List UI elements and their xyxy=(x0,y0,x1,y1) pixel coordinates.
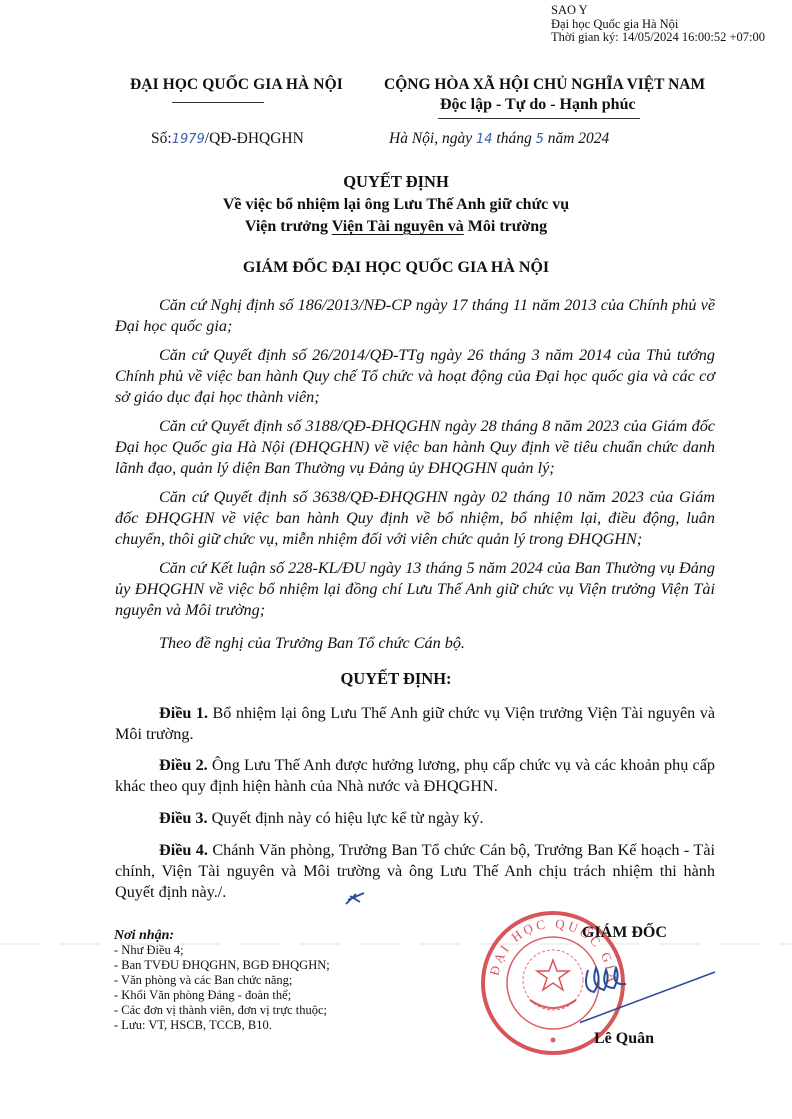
legal-ground: Căn cứ Quyết định số 3638/QĐ-ĐHQGHN ngày… xyxy=(115,487,715,550)
decision-heading: QUYẾT ĐỊNH: xyxy=(0,669,792,689)
handwritten-month: 5 xyxy=(536,132,544,147)
recipient-item: - Ban TVĐU ĐHQGHN, BGĐ ĐHQGHN; xyxy=(114,958,330,973)
recipient-item: - Khối Văn phòng Đảng - đoàn thể; xyxy=(114,988,330,1003)
legal-ground: Căn cứ Kết luận số 228-KL/ĐU ngày 13 thá… xyxy=(115,558,715,621)
issuing-agency: ĐẠI HỌC QUỐC GIA HÀ NỘI xyxy=(130,76,343,94)
document-type-heading: QUYẾT ĐỊNH xyxy=(0,172,792,192)
handwritten-number: 1979 xyxy=(172,132,205,147)
handwritten-day: 14 xyxy=(476,132,493,147)
legal-ground: Căn cứ Quyết định số 3188/QĐ-ĐHQGHN ngày… xyxy=(115,416,715,479)
national-title: CỘNG HÒA XÃ HỘI CHỦ NGHĨA VIỆT NAM xyxy=(384,76,784,94)
subject-line-1: Về việc bổ nhiệm lại ông Lưu Thế Anh giữ… xyxy=(0,196,792,214)
place-and-date: Hà Nội, ngày 14 tháng 5 năm 2024 xyxy=(389,130,609,148)
digital-copy-stamp: SAO Y Đại học Quốc gia Hà Nội Thời gian … xyxy=(551,4,765,45)
recipient-item: - Văn phòng và các Ban chức năng; xyxy=(114,973,330,988)
signer-title: GIÁM ĐỐC xyxy=(582,924,667,942)
copy-label: SAO Y xyxy=(551,4,765,18)
legal-ground: Căn cứ Nghị định số 186/2013/NĐ-CP ngày … xyxy=(115,295,715,337)
recipients-title: Nơi nhận: xyxy=(114,928,330,943)
recipient-item: - Lưu: VT, HSCB, TCCB, B10. xyxy=(114,1018,330,1033)
legal-ground: Căn cứ Quyết định số 26/2014/QĐ-TTg ngày… xyxy=(115,345,715,408)
article-1: Điều 1. Bổ nhiệm lại ông Lưu Thế Anh giữ… xyxy=(115,703,715,745)
article-2: Điều 2. Ông Lưu Thế Anh được hưởng lương… xyxy=(115,755,715,797)
recipients-list: Nơi nhận: - Như Điều 4; - Ban TVĐU ĐHQGH… xyxy=(114,928,330,1033)
subject-line-2: Viện trưởng Viện Tài nguyên và Môi trườn… xyxy=(0,218,792,236)
document-number: Số:1979/QĐ-ĐHQGHN xyxy=(151,130,304,148)
end-mark-icon xyxy=(344,890,366,908)
motto-underline xyxy=(438,118,640,119)
article-4: Điều 4. Chánh Văn phòng, Trưởng Ban Tổ c… xyxy=(115,840,715,903)
agency-underline xyxy=(172,102,264,103)
recipient-item: - Như Điều 4; xyxy=(114,943,330,958)
copy-issuer: Đại học Quốc gia Hà Nội xyxy=(551,18,765,32)
proposal-ground: Theo đề nghị của Trưởng Ban Tổ chức Cán … xyxy=(115,633,715,654)
issuing-authority: GIÁM ĐỐC ĐẠI HỌC QUỐC GIA HÀ NỘI xyxy=(0,259,792,277)
handwritten-signature-icon xyxy=(580,950,720,1030)
signer-name: Lê Quân xyxy=(594,1030,654,1048)
copy-signed-time: Thời gian ký: 14/05/2024 16:00:52 +07:00 xyxy=(551,31,765,45)
article-3: Điều 3. Quyết định này có hiệu lực kể từ… xyxy=(115,808,715,829)
recipient-item: - Các đơn vị thành viên, đơn vị trực thu… xyxy=(114,1003,330,1018)
national-motto: Độc lập - Tự do - Hạnh phúc xyxy=(440,96,636,114)
